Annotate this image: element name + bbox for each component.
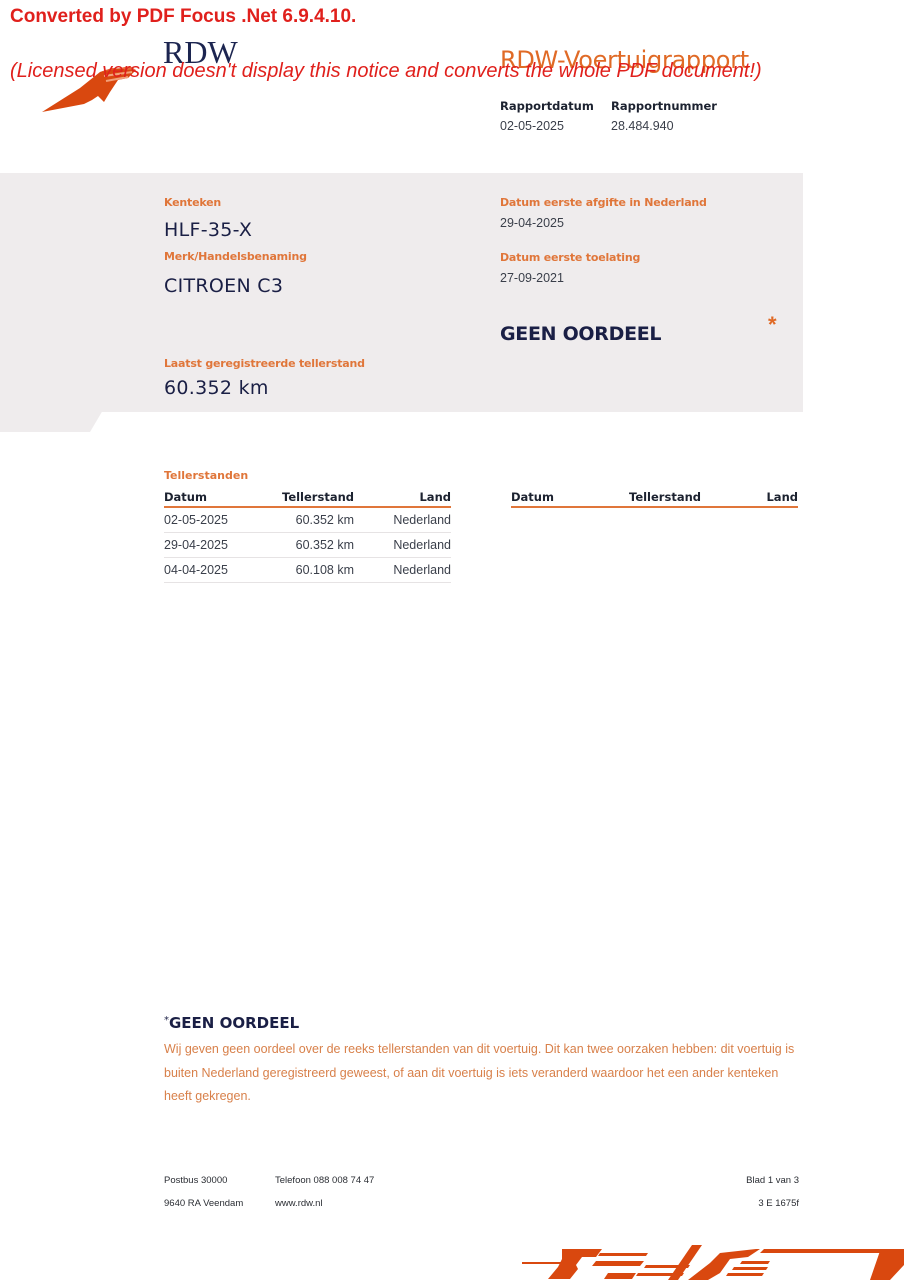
first-admission-label: Datum eerste toelating [500, 251, 640, 264]
report-date-label: Rapportdatum [500, 99, 594, 113]
table-row: 04-04-2025 60.108 km Nederland [164, 558, 451, 583]
report-date: 02-05-2025 [500, 119, 564, 133]
odometer-section-title: Tellerstanden [164, 469, 248, 482]
last-odometer-label: Laatst geregistreerde tellerstand [164, 357, 365, 370]
verdict-footnote-marker: * [768, 312, 777, 338]
converter-watermark: Converted by PDF Focus .Net 6.9.4.10. [10, 6, 356, 28]
verdict-status: GEEN OORDEEL [500, 323, 661, 345]
first-issue-nl-label: Datum eerste afgifte in Nederland [500, 196, 707, 209]
brand-label: Merk/Handelsbenaming [164, 250, 307, 263]
column-header-country: Land [701, 490, 798, 507]
row-date: 29-04-2025 [164, 533, 264, 558]
license-notice: (Licensed version doesn't display this n… [10, 60, 762, 83]
footer-page-number: Blad 1 van 3 [746, 1175, 799, 1186]
vehicle-brand: CITROEN C3 [164, 275, 283, 297]
plate-label: Kenteken [164, 196, 221, 209]
first-issue-nl-date: 29-04-2025 [500, 216, 564, 230]
rdw-stripes-logo-icon [520, 1245, 904, 1280]
footer-phone: Telefoon 088 008 74 47 [275, 1175, 374, 1186]
footer-address: 9640 RA Veendam [164, 1198, 243, 1209]
row-reading: 60.352 km [264, 533, 354, 558]
column-header-reading: Tellerstand [611, 490, 701, 507]
table-row: 29-04-2025 60.352 km Nederland [164, 533, 451, 558]
row-country: Nederland [354, 558, 451, 583]
footer-website[interactable]: www.rdw.nl [275, 1198, 323, 1209]
license-plate: HLF-35-X [164, 219, 252, 241]
column-header-date: Datum [164, 490, 264, 507]
report-number-label: Rapportnummer [611, 99, 717, 113]
panel-notch [0, 410, 110, 434]
odometer-table: Datum Tellerstand Land 02-05-2025 60.352… [164, 490, 451, 583]
row-reading: 60.352 km [264, 507, 354, 533]
report-number: 28.484.940 [611, 119, 674, 133]
footer-document-code: 3 E 1675f [758, 1198, 799, 1209]
footnote-heading: GEEN OORDEEL [169, 1014, 299, 1032]
last-odometer-value: 60.352 km [164, 377, 269, 399]
footnote-title: *GEEN OORDEEL [164, 1014, 299, 1032]
column-header-reading: Tellerstand [264, 490, 354, 507]
row-country: Nederland [354, 507, 451, 533]
row-country: Nederland [354, 533, 451, 558]
column-header-date: Datum [511, 490, 611, 507]
footnote-text: Wij geven geen oordeel over de reeks tel… [164, 1038, 809, 1109]
row-date: 02-05-2025 [164, 507, 264, 533]
row-date: 04-04-2025 [164, 558, 264, 583]
odometer-table-continued: Datum Tellerstand Land [511, 490, 798, 508]
row-reading: 60.108 km [264, 558, 354, 583]
footer-postbus: Postbus 30000 [164, 1175, 227, 1186]
first-admission-date: 27-09-2021 [500, 271, 564, 285]
table-row: 02-05-2025 60.352 km Nederland [164, 507, 451, 533]
column-header-country: Land [354, 490, 451, 507]
